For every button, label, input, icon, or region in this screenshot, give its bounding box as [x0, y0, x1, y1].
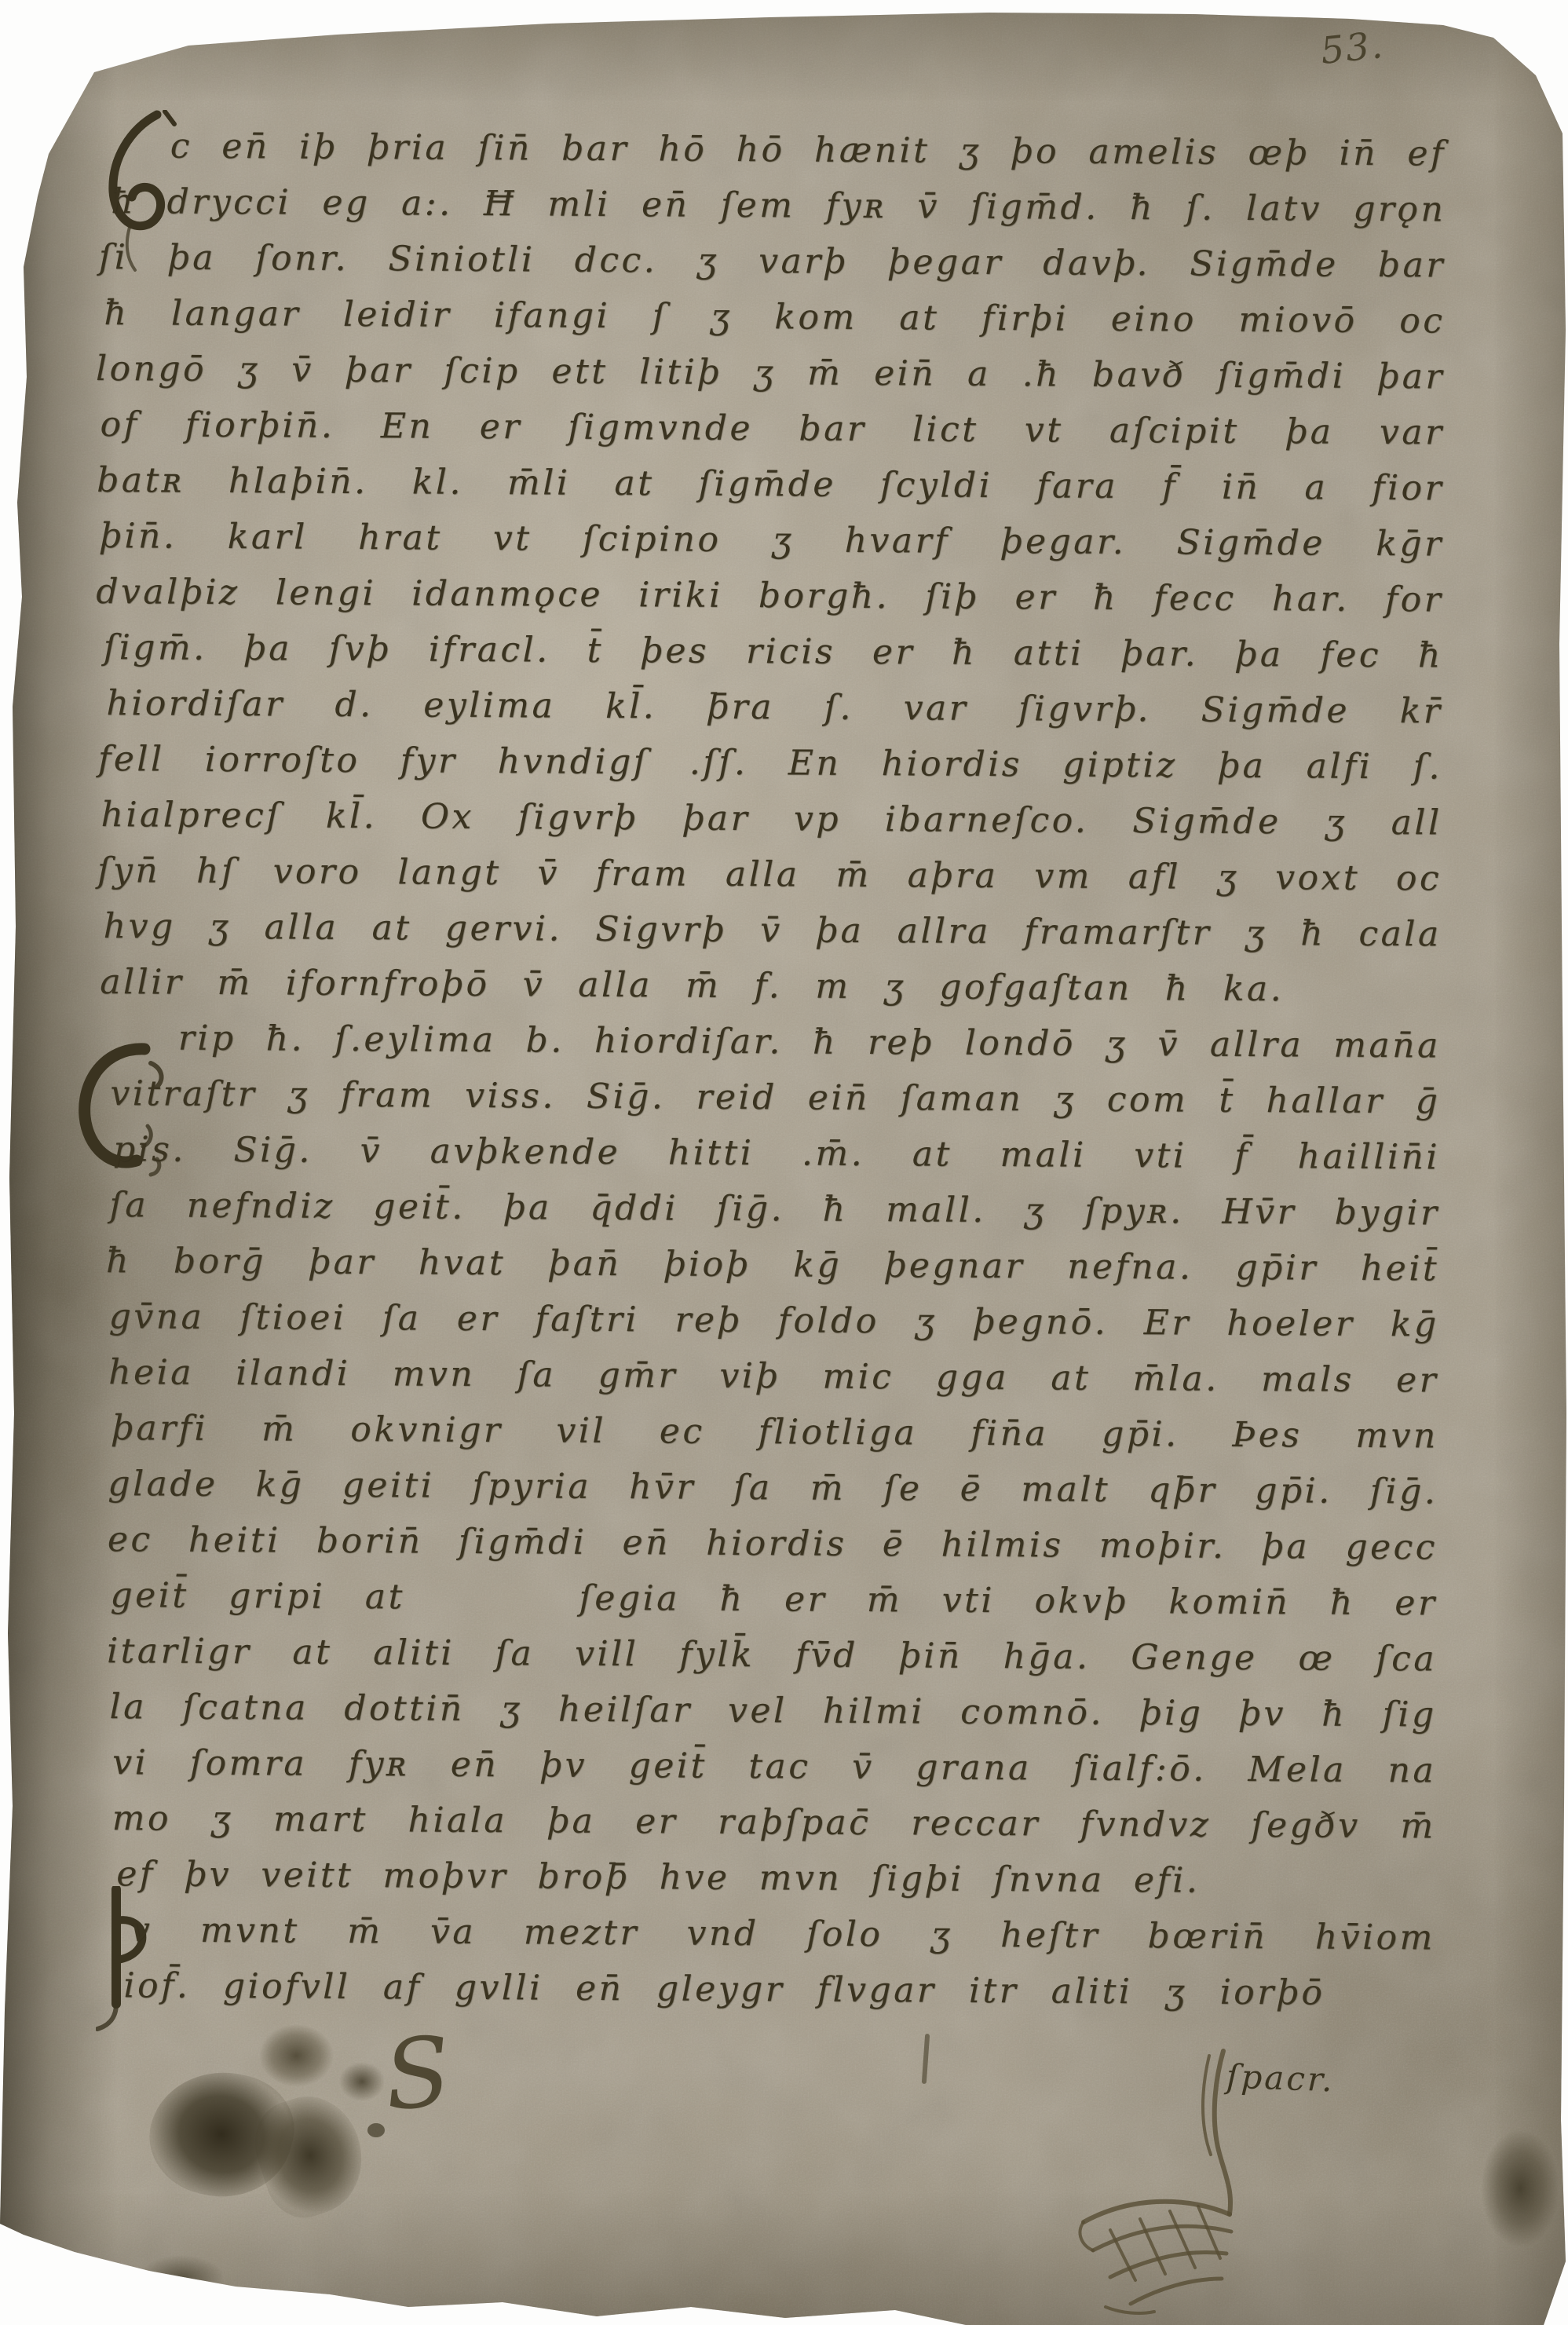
text-line-24: þarfi m̄ okvnigr vil ec fliotliga fin̄a … — [111, 1400, 1438, 1464]
text-line-33: v mvnt m̄ v̄a meztr vnd ſolo ʒ heſtr bœr… — [130, 1902, 1435, 1965]
text-line-4: ħ langar leidir ifangi ſ ʒ kom at firþi … — [104, 285, 1445, 349]
text-line-7: batʀ hlaþin̄. kl. m̄li at ſigm̄de ſcyldi… — [97, 452, 1444, 516]
text-line-5: longō ʒ v̄ þar ſcip ett litiþ ʒ m̄ ein̄ … — [96, 341, 1445, 404]
text-line-6: of fiorþin̄. En er ſigmvnde bar lict vt … — [100, 397, 1444, 460]
text-line-8: þin̄. karl hrat vt ſcipino ʒ hvarf þegar… — [100, 508, 1444, 572]
text-line-22: gv̄na ſtioei ſa er faſtri reþ foldo ʒ þe… — [108, 1289, 1438, 1352]
text-line-2: ħ drycci eg a:. Ħ mli en̄ ſem fyʀ v̄ ſig… — [111, 174, 1446, 237]
ink-blot — [339, 2062, 385, 2101]
ink-blot — [137, 2056, 305, 2213]
bottom-edge-shadow — [0, 2192, 1568, 2325]
text-line-9: dvalþiz lengi idanmǫce iriki borgħ. ſiþ … — [96, 564, 1443, 627]
right-edge-shadow — [1493, 0, 1568, 2325]
text-line-18: vitraſtr ʒ fram viss. Siḡ. reid ein̄ ſam… — [110, 1066, 1440, 1129]
ink-speck — [206, 2290, 232, 2302]
stray-pen-mark — [922, 2034, 930, 2084]
manuscript-text-block: c en̄ iþ þria ſin̄ bar hō hō hænit ʒ þo … — [84, 118, 1493, 2022]
text-line-14: ſyn̄ hſ voro langt v̄ fram alla m̄ aþra … — [97, 843, 1442, 906]
text-line-3: ſi þa ſonr. Siniotli dcc. ʒ varþ þegar d… — [99, 229, 1446, 293]
text-line-32: ef þv veitt moþvr broþ̄ hve mvn ſigþi ſn… — [116, 1846, 1200, 1908]
text-line-21: ħ borḡ þar hvat þan̄ þioþ kḡ þegnar nefn… — [106, 1233, 1439, 1296]
text-line-13: hialprecſ kl̄. Ox ſigvrþ þar vp ibarneſc… — [101, 787, 1442, 850]
ink-speck — [367, 2123, 385, 2137]
text-line-19: pis. Siḡ. v̄ avþkende hitti .m̄. at mali… — [113, 1121, 1440, 1185]
text-line-28: itarligr at aliti ſa vill fylk̄ fv̄d þin… — [107, 1623, 1437, 1687]
text-line-31: mo ʒ mart hiala þa er raþſpac̄ reccar fv… — [112, 1790, 1436, 1854]
ink-blot — [259, 2024, 334, 2087]
text-line-17: rip ħ. ſ.eylima b. hiordiſar. ħ reþ lond… — [178, 1011, 1441, 1074]
text-line-23: heia ilandi mvn ſa gm̄r viþ mic gga at m… — [108, 1344, 1438, 1408]
text-line-26: ec heiti borin̄ ſigm̄di en̄ hiordis ē hi… — [108, 1512, 1438, 1575]
text-line-20: ſa nefndiz geit̄. þa q̄ddi ſiḡ. ħ mall. … — [109, 1177, 1439, 1241]
text-line-10: ſigm̄. þa ſvþ ifracl. t̄ þes ricis er ħ … — [104, 620, 1443, 683]
text-line-1: c en̄ iþ þria ſin̄ bar hō hō hænit ʒ þo … — [170, 119, 1446, 182]
text-line-11: hiordiſar d. eylima kl̄. þ̄ra ſ. var ſig… — [106, 675, 1442, 739]
text-line-12: fell iorroſto fyr hvndigſ .ſſ. En hiordi… — [98, 731, 1442, 795]
text-line-15: hvg ʒ alla at gervi. Sigvrþ v̄ þa allra … — [103, 898, 1441, 962]
text-line-25: glade kḡ geiti ſpyria hv̄r ſa m̄ ſe ē ma… — [108, 1456, 1438, 1519]
text-line-30: vi ſomra fyʀ en̄ þv geit̄ tac v̄ grana ſ… — [112, 1735, 1436, 1798]
scribal-s-mark: S — [380, 2016, 455, 2133]
text-line-27: geit̄ gripi at ſegia ħ er m̄ vti okvþ ko… — [110, 1567, 1437, 1631]
text-line-29: la ſcatna dottin̄ ʒ heilſar vel hilmi co… — [109, 1679, 1436, 1742]
text-line-34: iof̄. giofvll af gvlli en̄ gleygr flvgar… — [123, 1958, 1325, 2020]
ship-prow-drawing — [1060, 2040, 1280, 2323]
folio-number: 53. — [1318, 24, 1386, 73]
manuscript-scan: 53. c en̄ iþ þria ſin̄ bar hō hō hænit ʒ… — [0, 0, 1568, 2325]
text-line-16: allir m̄ ifornfroþō v̄ alla m̄ f. m ʒ go… — [100, 954, 1284, 1017]
parchment-page: 53. c en̄ iþ þria ſin̄ bar hō hō hænit ʒ… — [0, 0, 1568, 2325]
